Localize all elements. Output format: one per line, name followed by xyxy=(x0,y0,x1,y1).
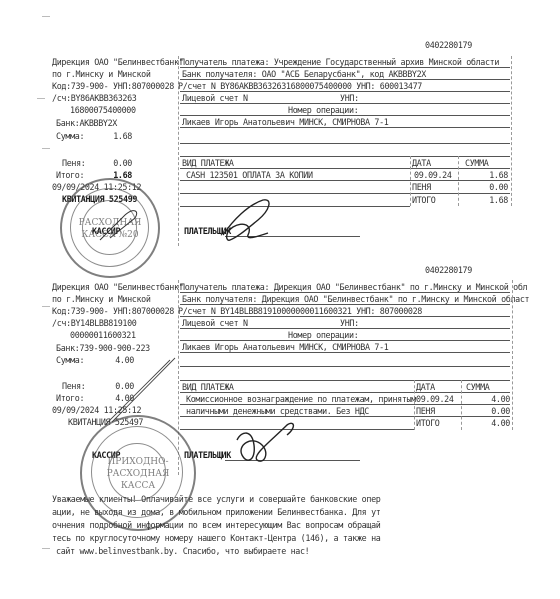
recipient: Получатель платежа: Дирекция ОАО "Белинв… xyxy=(180,282,527,292)
divider xyxy=(180,193,510,194)
operation-number: Номер операции: xyxy=(288,330,358,340)
divider xyxy=(180,79,510,80)
divider xyxy=(180,180,510,181)
cashier-signature-icon xyxy=(95,200,145,245)
payment-description: CASH 123501 ОПЛАТА ЗА КОПИИ xyxy=(186,170,313,180)
payer: Ликаев Игорь Анатольевич МИНСК, СМИРНОВА… xyxy=(182,117,388,127)
recipient-bank: Банк получателя: Дирекция ОАО "Белинвест… xyxy=(182,294,529,304)
divider xyxy=(180,91,510,92)
account: Р/счет N BY86AKBB36326316800075400000 УН… xyxy=(178,81,422,91)
stamp-line2: РАСХОДНАЯ xyxy=(82,469,194,480)
stub-org-line1: Дирекция ОАО "Белинвестбанк" xyxy=(52,57,183,67)
border-right xyxy=(512,280,513,430)
payment-sum: 4.00 xyxy=(462,394,510,404)
divider xyxy=(180,316,510,317)
stub-penalty-label: Пеня: xyxy=(62,381,85,391)
stub-org-line2: по г.Минску и Минской xyxy=(52,294,151,304)
scan-mark xyxy=(37,98,45,99)
scan-mark xyxy=(42,548,50,549)
sum-header: СУММА xyxy=(465,158,488,168)
stub-code-line: Код:739-900- УНП:807000028 xyxy=(52,81,174,91)
divider xyxy=(180,127,510,128)
cashier-signature-icon xyxy=(100,350,180,430)
personal-account: Лицевой счет N xyxy=(182,318,248,328)
border-right xyxy=(511,56,512,206)
personal-account: Лицевой счет N xyxy=(182,93,248,103)
total-value: 1.68 xyxy=(460,195,508,205)
payment-type-header: ВИД ПЛАТЕЖА xyxy=(182,382,234,392)
divider xyxy=(180,115,510,116)
divider xyxy=(180,292,510,293)
stub-account-line2: 16800075400000 xyxy=(70,105,136,115)
stub-total-label: Итого: xyxy=(56,393,84,403)
recipient-bank: Банк получателя: ОАО "АСБ Беларусбанк", … xyxy=(182,69,426,79)
footer-line-4: тесь по круглосуточному номеру нашего Ко… xyxy=(52,533,380,543)
divider xyxy=(180,366,510,367)
payment-date: 09.09.24 xyxy=(414,170,452,180)
payment-description: Комиссионное вознаграждение по платежам,… xyxy=(186,394,416,404)
payment-type-header: ВИД ПЛАТЕЖА xyxy=(182,158,234,168)
divider xyxy=(180,103,510,104)
date-header: ДАТА xyxy=(412,158,431,168)
stub-penalty-value: 0.00 xyxy=(100,158,132,168)
column-divider xyxy=(414,380,415,430)
payment-date: 09.09.24 xyxy=(416,394,454,404)
scan-mark xyxy=(42,306,50,307)
column-divider xyxy=(458,156,459,206)
footer-line-5: сайт www.belinvestbank.by. Спасибо, что … xyxy=(56,546,309,556)
stamp-line3: КАССА xyxy=(82,481,194,492)
footer-line-3: очнения подробной информации по всем инт… xyxy=(52,520,380,530)
stub-account-line1: /сч:BY14BLBB819100 xyxy=(52,318,136,328)
divider xyxy=(180,340,510,341)
sum-header: СУММА xyxy=(466,382,489,392)
stub-penalty-label: Пеня: xyxy=(62,158,85,168)
stub-account-line2: 00000011600321 xyxy=(70,330,136,340)
stub-account-line1: /сч:BY86AKBB363263 xyxy=(52,93,136,103)
column-divider xyxy=(461,380,462,430)
column-divider xyxy=(410,156,411,206)
penalty-label: ПЕНЯ xyxy=(412,182,431,192)
total-value: 4.00 xyxy=(462,418,510,428)
stub-org-line1: Дирекция ОАО "Белинвестбанк" xyxy=(52,282,183,292)
total-label: ИТОГО xyxy=(416,418,439,428)
payer: Ликаев Игорь Анатольевич МИНСК, СМИРНОВА… xyxy=(182,342,388,352)
operation-number: Номер операции: xyxy=(288,105,358,115)
stub-sum-label: Сумма: xyxy=(56,355,84,365)
divider xyxy=(180,156,510,157)
receipt-number: 0402280179 xyxy=(425,265,472,275)
divider xyxy=(180,143,510,144)
stub-code-line: Код:739-900- УНП:807000028 xyxy=(52,306,174,316)
unp-label: УНП: xyxy=(340,93,359,103)
payment-sum: 1.68 xyxy=(460,170,508,180)
stub-sum-value: 1.68 xyxy=(100,131,132,141)
stamp-line1: ПРИХОДНО- xyxy=(82,457,194,468)
stub-sum-label: Сумма: xyxy=(56,131,84,141)
stub-bank: Банк:AKBBBY2X xyxy=(56,118,117,128)
recipient: Получатель платежа: Учреждение Государст… xyxy=(180,57,499,67)
account: Р/счет N BY14BLBB81910000000011600321 УН… xyxy=(178,306,422,316)
divider xyxy=(180,168,510,169)
stub-total-label: Итого: xyxy=(56,170,84,180)
divider xyxy=(180,206,410,207)
divider xyxy=(180,352,510,353)
stub-org-line2: по г.Минску и Минской xyxy=(52,69,151,79)
penalty-label: ПЕНЯ xyxy=(416,406,435,416)
scan-mark xyxy=(42,16,50,17)
footer-line-1: Уважаемые клиенты! Оплачивайте все услуг… xyxy=(52,494,380,504)
penalty-value: 0.00 xyxy=(462,406,510,416)
penalty-value: 0.00 xyxy=(460,182,508,192)
signature-icon xyxy=(232,415,312,470)
footer-line-2: ации, не выходя из дома, в мобильном при… xyxy=(52,507,380,517)
divider xyxy=(180,328,510,329)
divider xyxy=(180,67,510,68)
signature-icon xyxy=(218,195,278,245)
divider xyxy=(180,304,510,305)
total-label: ИТОГО xyxy=(412,195,435,205)
date-header: ДАТА xyxy=(416,382,435,392)
scan-mark xyxy=(42,148,50,149)
receipt-number: 0402280179 xyxy=(425,40,472,50)
unp-label: УНП: xyxy=(340,318,359,328)
